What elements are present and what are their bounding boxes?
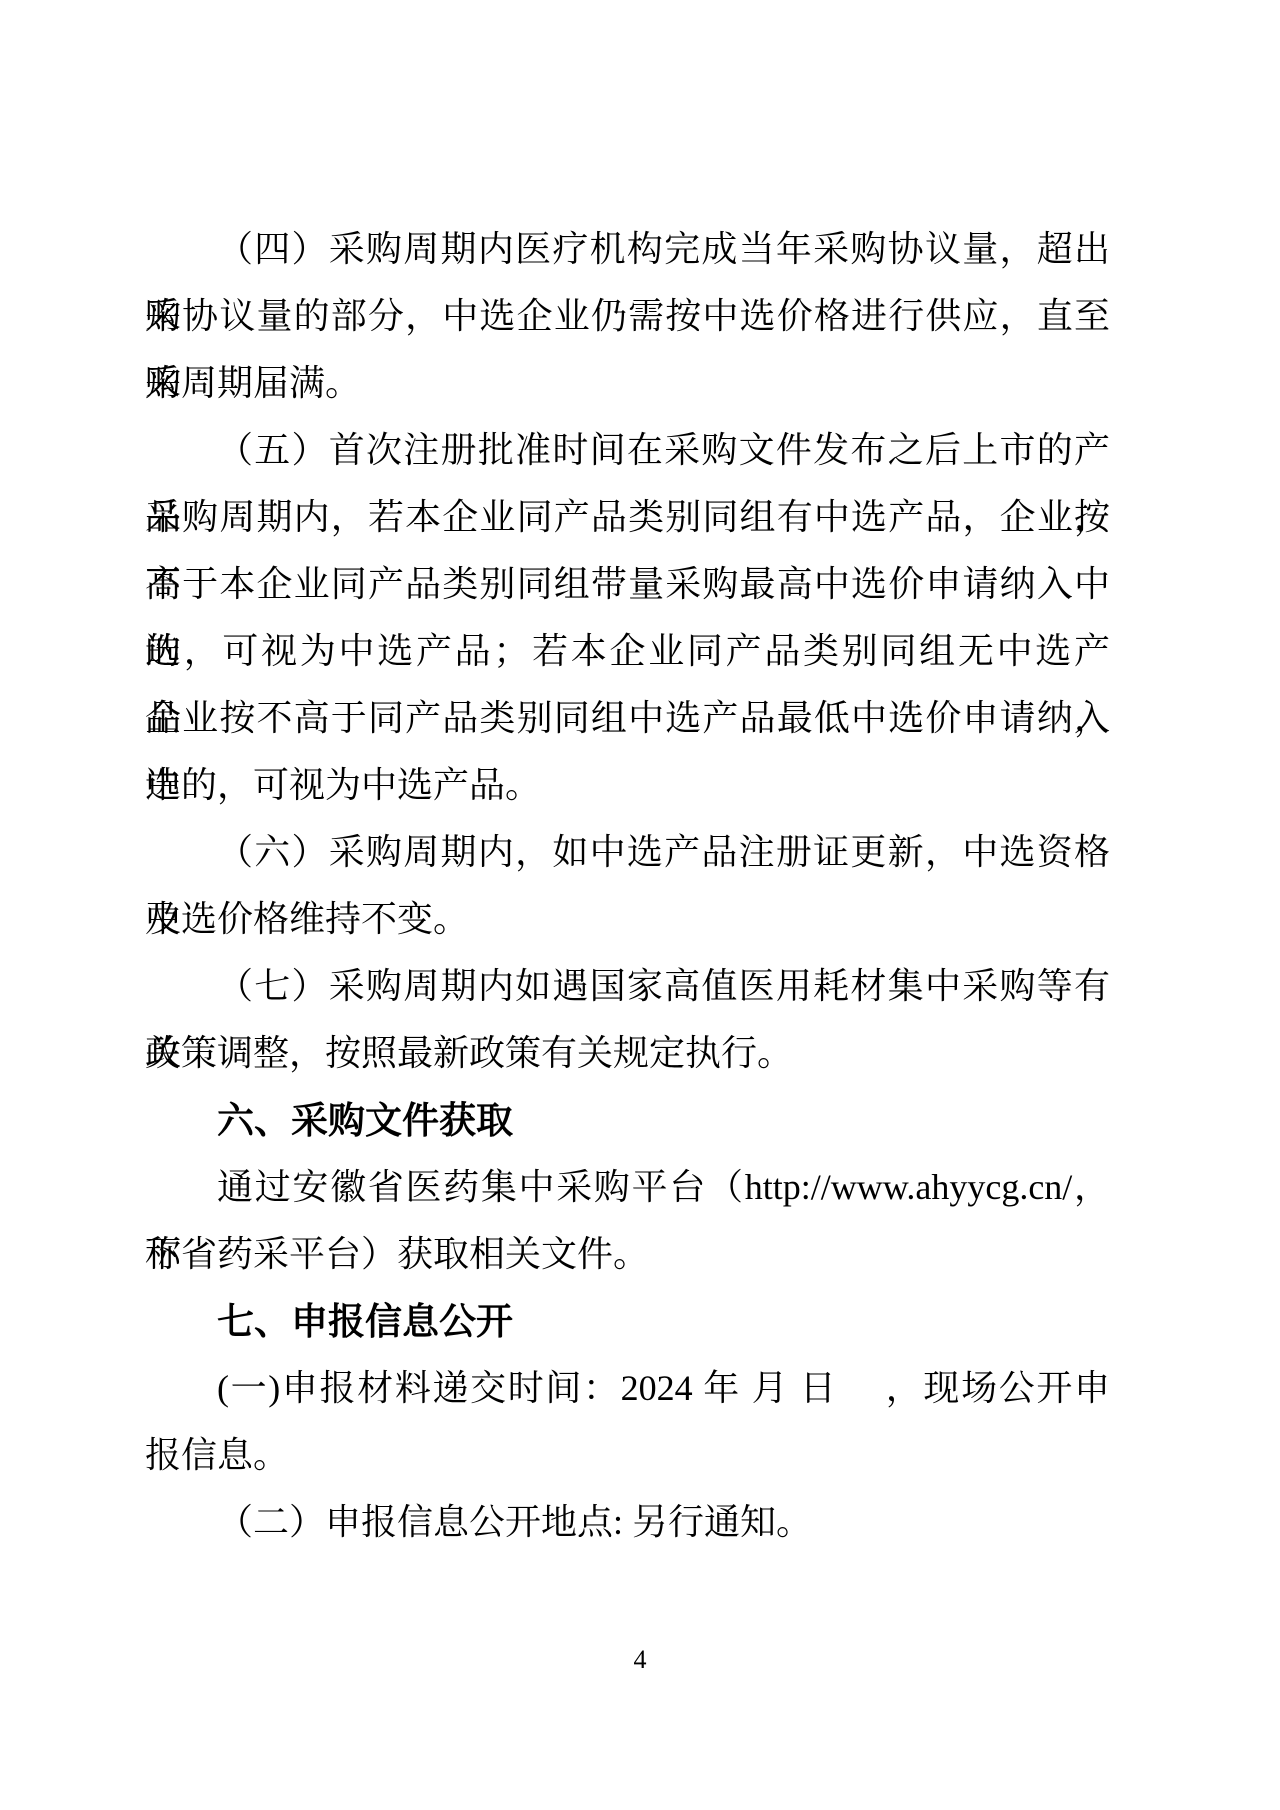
paragraph-line: 企业按不高于同产品类别同组中选产品最低中选价申请纳入中 [145, 685, 1110, 752]
paragraph-line: 的，可视为中选产品；若本企业同产品类别同组无中选产品， [145, 618, 1110, 685]
section-heading-declaration-info: 七、申报信息公开 [145, 1288, 1110, 1355]
paragraph-line: （二）申报信息公开地点: 另行通知。 [145, 1489, 1110, 1556]
paragraph-line: (一)申报材料递交时间：2024 年 月 日 ，现场公开申 [145, 1355, 1110, 1422]
paragraph-line: 中选价格维持不变。 [145, 886, 1110, 953]
paragraph-line: 高于本企业同产品类别同组带量采购最高中选价申请纳入中选 [145, 551, 1110, 618]
paragraph-line: 采购周期内，若本企业同产品类别同组有中选产品，企业按不 [145, 484, 1110, 551]
paragraph-line: （七）采购周期内如遇国家高值医用耗材集中采购等有关 [145, 953, 1110, 1020]
section-heading-procurement-file: 六、采购文件获取 [145, 1087, 1110, 1154]
paragraph-line: 通过安徽省医药集中采购平台（http://www.ahyycg.cn/，下 [145, 1154, 1110, 1221]
document-body: （四）采购周期内医疗机构完成当年采购协议量，超出采 购协议量的部分，中选企业仍需… [145, 216, 1110, 1556]
paragraph-line: 购协议量的部分，中选企业仍需按中选价格进行供应，直至采 [145, 283, 1110, 350]
paragraph-line: （六）采购周期内，如中选产品注册证更新，中选资格及 [145, 819, 1110, 886]
paragraph-line: 报信息。 [145, 1422, 1110, 1489]
paragraph-line: 购周期届满。 [145, 350, 1110, 417]
paragraph-line: （五）首次注册批准时间在采购文件发布之后上市的产品， [145, 417, 1110, 484]
paragraph-line: 选的，可视为中选产品。 [145, 752, 1110, 819]
paragraph-line: 称省药采平台）获取相关文件。 [145, 1221, 1110, 1288]
page-number: 4 [0, 1642, 1280, 1678]
paragraph-line: （四）采购周期内医疗机构完成当年采购协议量，超出采 [145, 216, 1110, 283]
paragraph-line: 政策调整，按照最新政策有关规定执行。 [145, 1020, 1110, 1087]
